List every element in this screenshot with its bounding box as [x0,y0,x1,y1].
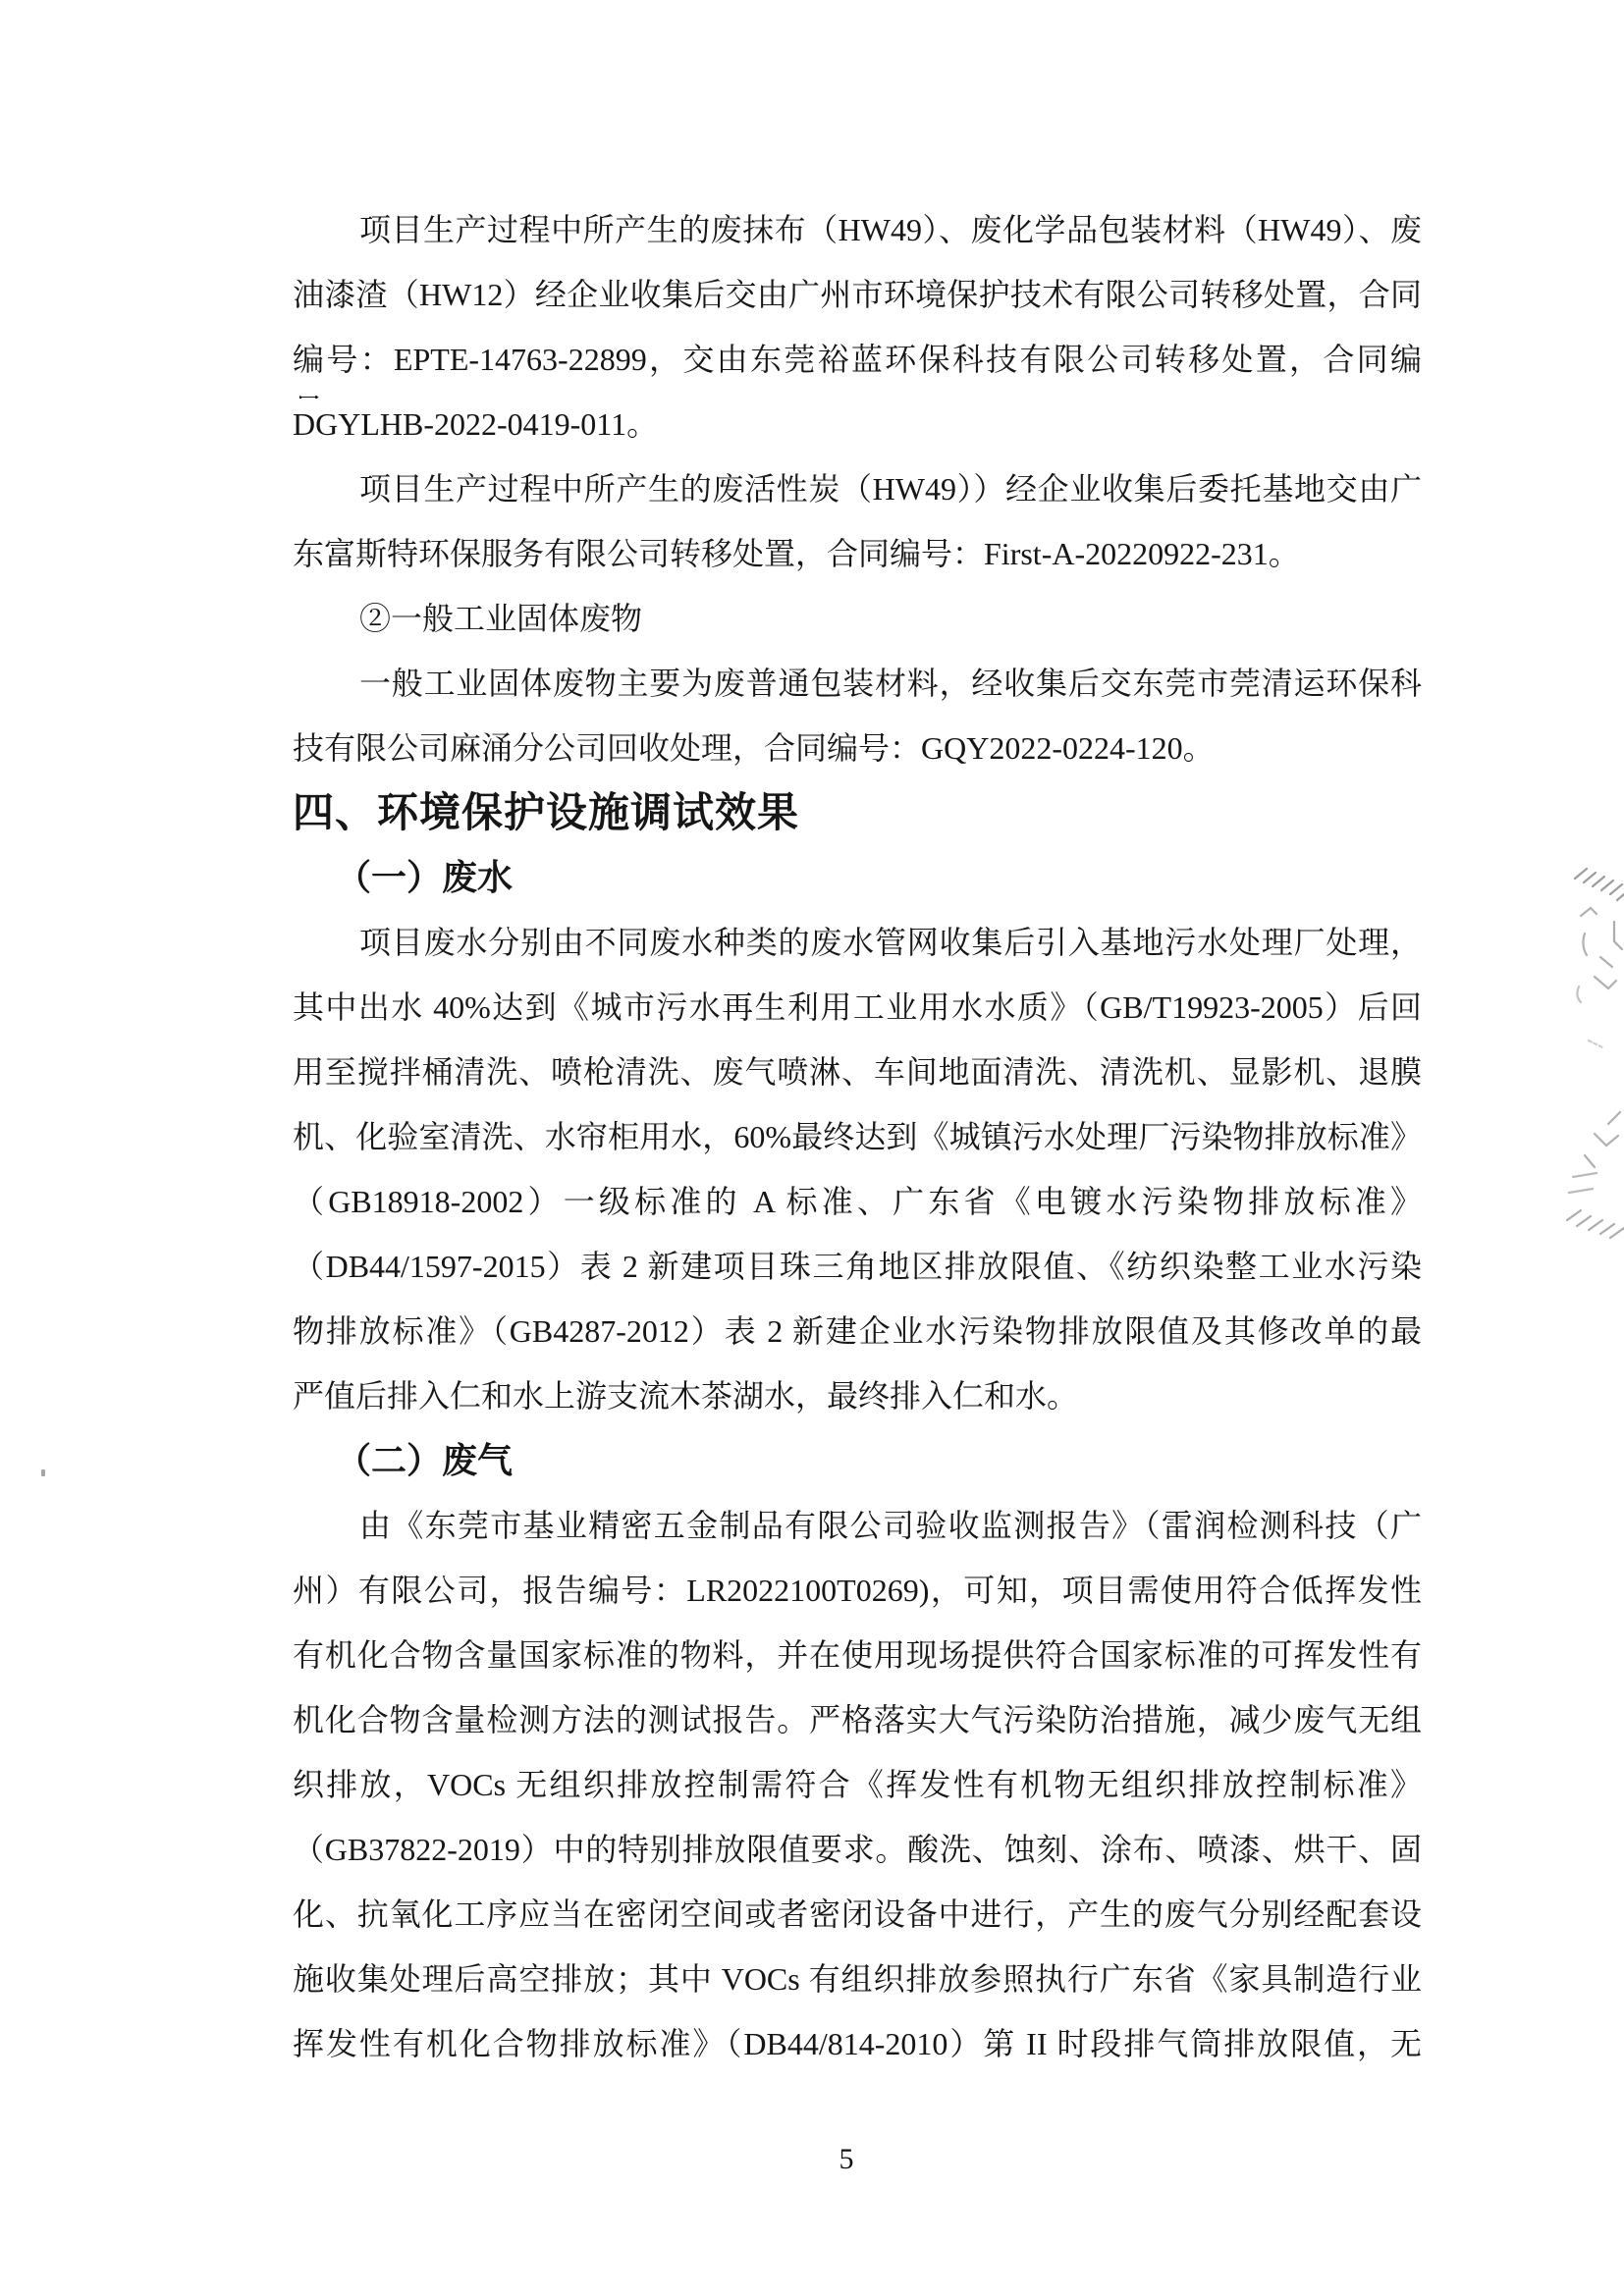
document-line: 织排放，VOCs 无组织排放控制需符合《挥发性有机物无组织排放控制标准》 [293,1759,1422,1824]
document-line: 施收集处理后高空排放；其中 VOCs 有组织排放参照执行广东省《家具制造行业 [293,1953,1422,2018]
page-number: 5 [293,2140,1400,2179]
section-heading: （二）废气 [336,1435,1422,1500]
document-line: 州）有限公司，报告编号：LR2022100T0269)，可知，项目需使用符合低挥… [293,1565,1422,1629]
document-line: （DB44/1597-2015）表 2 新建项目珠三角地区排放限值、《纺织染整工… [293,1241,1422,1306]
document-line: 项目生产过程中所产生的废抹布（HW49）、废化学品包装材料（HW49）、废 [359,204,1422,269]
document-line: 东富斯特环保服务有限公司转移处置，合同编号：First-A-20220922-2… [293,528,1422,593]
document-line: 油漆渣（HW12）经企业收集后交由广州市环境保护技术有限公司转移处置，合同 [293,269,1422,334]
document-line: DGYLHB-2022-0419-011。 [293,399,1422,463]
document-line: 用至搅拌桶清洗、喷枪清洗、废气喷淋、车间地面清洗、清洗机、显影机、退膜 [293,1046,1422,1111]
document-line: 严值后排入仁和水上游支流木茶湖水，最终排入仁和水。 [293,1370,1422,1435]
document-line: 由《东莞市基业精密五金制品有限公司验收监测报告》（雷润检测科技（广 [359,1500,1422,1565]
document-line: 一般工业固体废物主要为废普通包装材料，经收集后交东莞市莞清运环保科 [359,658,1422,722]
document-line: 其中出水 40%达到《城市污水再生利用工业用水水质》（GB/T19923-200… [293,982,1422,1046]
document-line: 技有限公司麻涌分公司回收处理，合同编号：GQY2022-0224-120。 [293,722,1422,787]
document-line: 机、化验室清洗、水帘柜用水，60%最终达到《城镇污水处理厂污染物排放标准》 [293,1111,1422,1176]
document-line: 编号：EPTE-14763-22899，交由东莞裕蓝环保科技有限公司转移处置，合… [293,334,1422,399]
scan-artifact [1551,839,1624,1242]
scan-artifact [41,1469,45,1476]
section-heading: 四、环境保护设施调试效果 [293,787,1422,852]
document-line: 项目废水分别由不同废水种类的废水管网收集后引入基地污水处理厂处理， [359,917,1422,982]
section-heading: （一）废水 [336,852,1422,917]
document-line: 有机化合物含量国家标准的物料，并在使用现场提供符合国家标准的可挥发性有 [293,1629,1422,1694]
document-line: ②一般工业固体废物 [359,593,1422,658]
document-line: 化、抗氧化工序应当在密闭空间或者密闭设备中进行，产生的废气分别经配套设 [293,1889,1422,1953]
document-line: 挥发性有机化合物排放标准》（DB44/814-2010）第 II 时段排气筒排放… [293,2018,1422,2083]
document-line: （GB37822-2019）中的特别排放限值要求。酸洗、蚀刻、涂布、喷漆、烘干、… [293,1824,1422,1889]
text-block: 项目生产过程中所产生的废抹布（HW49）、废化学品包装材料（HW49）、废油漆渣… [293,0,1422,2296]
document-line: （GB18918-2002）一级标准的 A 标准、广东省《电镀水污染物排放标准》 [293,1176,1422,1241]
document-line: 机化合物含量检测方法的测试报告。严格落实大气污染防治措施，减少废气无组 [293,1694,1422,1759]
document-page: 项目生产过程中所产生的废抹布（HW49）、废化学品包装材料（HW49）、废油漆渣… [0,0,1624,2296]
document-line: 项目生产过程中所产生的废活性炭（HW49））经企业收集后委托基地交由广 [359,463,1422,528]
document-line: 物排放标准》（GB4287-2012）表 2 新建企业水污染物排放限值及其修改单… [293,1306,1422,1370]
